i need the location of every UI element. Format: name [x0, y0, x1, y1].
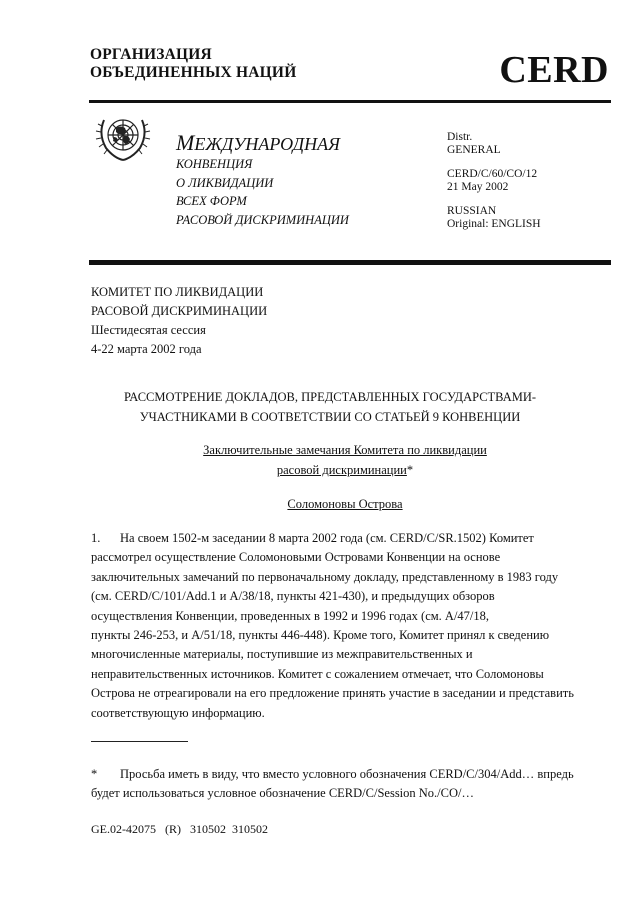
footnote: *Просьба иметь в виду, что вместо условн…	[91, 765, 603, 803]
footnote-marker-symbol: *	[91, 765, 120, 784]
organization-line-2: ОБЪЕДИНЕННЫХ НАЦИЙ	[90, 64, 296, 82]
footnote-separator	[91, 741, 188, 742]
subtitle-line-2: расовой дискриминации	[277, 463, 407, 477]
session-dates: 4-22 марта 2002 года	[91, 340, 267, 359]
organization-name: ОРГАНИЗАЦИЯ ОБЪЕДИНЕННЫХ НАЦИЙ	[90, 46, 296, 82]
convention-line-1: МЕЖДУНАРОДНАЯ	[176, 132, 349, 155]
paragraph-1: 1.На своем 1502-м заседании 8 марта 2002…	[91, 529, 601, 723]
convention-line-4: ВСЕХ ФОРМ	[176, 192, 349, 211]
document-language: RUSSIAN	[447, 205, 541, 218]
convention-line-2: КОНВЕНЦИЯ	[176, 155, 349, 174]
document-symbol: CERD/C/60/CO/12	[447, 168, 541, 181]
convention-line-5: РАСОВОЙ ДИСКРИМИНАЦИИ	[176, 211, 349, 230]
header-divider	[89, 100, 611, 103]
committee-line-2: РАСОВОЙ ДИСКРИМИНАЦИИ	[91, 302, 267, 321]
series-code: CERD	[499, 50, 609, 90]
document-subtitle: Заключительные замечания Комитета по лик…	[150, 441, 540, 480]
original-language: Original: ENGLISH	[447, 218, 541, 231]
session-name: Шестидесятая сессия	[91, 321, 267, 340]
distribution-value: GENERAL	[447, 144, 541, 157]
document-job-number: GE.02-42075 (R) 310502 310502	[91, 822, 268, 836]
paragraph-number: 1.	[91, 529, 120, 548]
committee-line-1: КОМИТЕТ ПО ЛИКВИДАЦИИ	[91, 283, 267, 302]
committee-block: КОМИТЕТ ПО ЛИКВИДАЦИИ РАСОВОЙ ДИСКРИМИНА…	[91, 283, 267, 359]
footnote-marker: *	[407, 463, 413, 477]
document-metadata: Distr. GENERAL CERD/C/60/CO/12 21 May 20…	[447, 131, 541, 230]
convention-line-3: О ЛИКВИДАЦИИ	[176, 174, 349, 193]
subtitle-line-1: Заключительные замечания Комитета по лик…	[150, 441, 540, 461]
convention-name: МЕЖДУНАРОДНАЯ КОНВЕНЦИЯ О ЛИКВИДАЦИИ ВСЕ…	[176, 132, 349, 229]
title-line-1: РАССМОТРЕНИЕ ДОКЛАДОВ, ПРЕДСТАВЛЕННЫХ ГО…	[100, 388, 560, 408]
document-title: РАССМОТРЕНИЕ ДОКЛАДОВ, ПРЕДСТАВЛЕННЫХ ГО…	[100, 388, 560, 427]
un-emblem-icon	[94, 110, 152, 166]
country-heading: Соломоновы Острова	[150, 495, 540, 513]
distribution-label: Distr.	[447, 131, 541, 144]
title-line-2: УЧАСТНИКАМИ В СООТВЕТСТВИИ СО СТАТЬЕЙ 9 …	[100, 408, 560, 428]
masthead-divider	[89, 260, 611, 265]
document-date: 21 May 2002	[447, 181, 541, 194]
organization-line-1: ОРГАНИЗАЦИЯ	[90, 46, 296, 64]
